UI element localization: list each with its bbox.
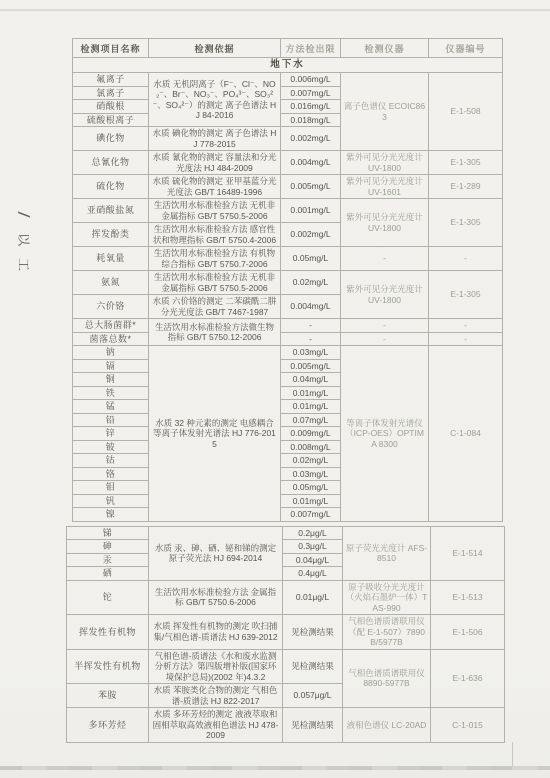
detection-limit-cell: 0.03mg/L [281, 467, 341, 481]
table-row: 氟离子水质 无机阴离子（F⁻、Cl⁻、NO₂⁻、Br⁻、NO₃⁻、PO₄³⁻、S… [73, 73, 503, 87]
detection-limit-cell: 0.01mg/L [281, 386, 341, 400]
analyte-name-cell: 总氰化物 [73, 151, 149, 175]
instrument-cell: 原子吸收分光光度计（火焰石墨炉一体）TAS-990 [343, 580, 431, 615]
instrument-cell: - [341, 247, 429, 271]
instrument-number-cell: C-1-084 [429, 346, 503, 522]
method-cell: 水质 挥发性有机物的测定 吹扫捕集/气相色谱-质谱法 HJ 639-2012 [149, 615, 283, 650]
analyte-name-cell: 汞 [67, 553, 149, 567]
analyte-name-cell: 铜 [73, 373, 149, 387]
scan-artifact-right [512, 742, 513, 769]
table-row: 锑水质 汞、砷、硒、铋和锑的测定 原子荧光法 HJ 694-20140.2μg/… [67, 526, 505, 540]
instrument-cell: 液相色谱仪 LC-20AD [343, 708, 431, 743]
instrument-cell: 紫外可见分光光度计 UV-1800 [341, 199, 429, 247]
instrument-cell: 原子荧光光度计 AFS-8510 [343, 526, 431, 580]
groundwater-test-table: 检测项目名称 检测依据 方法检出限 检测仪器 仪器编号 地下水 氟离子水质 无机… [72, 38, 503, 522]
analyte-name-cell: 钠 [73, 346, 149, 360]
table-row: 总氰化物水质 氰化物的测定 容量法和分光光度法 HJ 484-20090.004… [73, 151, 503, 175]
col-header-method: 检测依据 [149, 39, 281, 58]
table-row: 菌落总数*--- [73, 332, 503, 346]
method-cell: 水质 无机阴离子（F⁻、Cl⁻、NO₂⁻、Br⁻、NO₃⁻、PO₄³⁻、SO₃²… [149, 73, 281, 127]
detection-limit-cell: 0.008mg/L [281, 440, 341, 454]
analyte-name-cell: 挥发性有机物 [67, 615, 149, 650]
detection-limit-cell: 0.01mg/L [281, 400, 341, 414]
detection-limit-cell: 0.3μg/L [283, 540, 343, 554]
detection-limit-cell: 0.04mg/L [281, 373, 341, 387]
groundwater-test-table-continued: 锑水质 汞、砷、硒、铋和锑的测定 原子荧光法 HJ 694-20140.2μg/… [66, 526, 505, 743]
method-cell: 生活饮用水标准检验方法 感官性状和物理指标 GB/T 5750.4-2006 [149, 223, 281, 247]
analyte-name-cell: 硫酸根离子 [73, 113, 149, 127]
detection-limit-cell: 0.005mg/L [281, 359, 341, 373]
analyte-name-cell: 锑 [67, 526, 149, 540]
instrument-number-cell: E-1-305 [429, 199, 503, 247]
detection-limit-cell: 0.05mg/L [281, 247, 341, 271]
method-cell: 水质 六价铬的测定 二苯碳酰二肼分光光度法 GB/T 7467-1987 [149, 295, 281, 319]
method-cell: 水质 氰化物的测定 容量法和分光光度法 HJ 484-2009 [149, 151, 281, 175]
detection-limit-cell: 见检测结果 [283, 708, 343, 743]
detection-limit-cell: 0.001mg/L [281, 199, 341, 223]
instrument-number-cell: E-1-513 [431, 580, 505, 615]
detection-limit-cell: 0.057μg/L [283, 684, 343, 708]
analyte-name-cell: 钴 [73, 454, 149, 468]
detection-limit-cell: 0.05mg/L [281, 481, 341, 495]
instrument-cell: - [341, 319, 429, 333]
detection-limit-cell: 见检测结果 [283, 649, 343, 684]
instrument-cell: 离子色谱仪 ECOIC863 [341, 73, 429, 151]
analyte-name-cell: 锰 [73, 400, 149, 414]
detection-limit-cell: 0.01μg/L [283, 580, 343, 615]
detection-limit-cell: 0.01mg/L [281, 494, 341, 508]
instrument-number-cell: - [429, 247, 503, 271]
instrument-number-cell: E-1-636 [431, 649, 505, 708]
method-cell: 水质 硫化物的测定 亚甲基蓝分光光度法 GB/T 16489-1996 [149, 175, 281, 199]
method-cell: 水质 碘化物的测定 离子色谱法 HJ 778-2015 [149, 127, 281, 151]
analyte-name-cell: 氨氮 [73, 271, 149, 295]
handwriting-mark: 工 [17, 258, 30, 271]
detection-limit-cell: 0.02mg/L [281, 271, 341, 295]
instrument-cell: 紫外可见分光光度计 UV-1800 [341, 271, 429, 319]
scanned-page: ∕ 以 工 检测项目名称 检测依据 方法检出限 检测仪器 仪器编号 地下水 [0, 0, 550, 778]
analyte-name-cell: 铬 [73, 467, 149, 481]
method-cell: 气相色谱-质谱法《水和废水监测分析方法》第四版增补版(国家环境保护总局)(200… [149, 649, 283, 684]
analyte-name-cell: 挥发酚类 [73, 223, 149, 247]
instrument-number-cell: E-1-305 [429, 271, 503, 319]
detection-limit-cell: - [281, 319, 341, 333]
instrument-cell: 紫外可见分光光度计 UV-1601 [341, 175, 429, 199]
analyte-name-cell: 铁 [73, 386, 149, 400]
detection-limit-cell: 0.005mg/L [281, 175, 341, 199]
detection-limit-cell: 0.4μg/L [283, 567, 343, 581]
analyte-name-cell: 镍 [73, 508, 149, 522]
method-cell: 水质 苯胺类化合物的测定 气相色谱-质谱法 HJ 822-2017 [149, 684, 283, 708]
method-cell: 生活饮用水标准检验方法 有机物综合指标 GB/T 5750.7-2006 [149, 247, 281, 271]
detection-limit-cell: 0.004mg/L [281, 151, 341, 175]
analyte-name-cell: 总大肠菌群* [73, 319, 149, 333]
instrument-number-cell: E-1-305 [429, 151, 503, 175]
instrument-number-cell: E-1-289 [429, 175, 503, 199]
table-row: 铊生活饮用水标准检验方法 金属指标 GB/T 5750.6-20060.01μg… [67, 580, 505, 615]
analyte-name-cell: 砷 [67, 540, 149, 554]
analyte-name-cell: 钒 [73, 494, 149, 508]
instrument-cell: - [341, 332, 429, 346]
method-cell: 生活饮用水标准检验方法 金属指标 GB/T 5750.6-2006 [149, 580, 283, 615]
instrument-number-cell: E-1-514 [431, 526, 505, 580]
detection-limit-cell: 0.018mg/L [281, 113, 341, 127]
section-row: 地下水 [73, 58, 503, 73]
table-row: 总大肠菌群*生活饮用水标准检验方法微生物指标 GB/T 5750.12-2006… [73, 319, 503, 333]
instrument-number-cell: E-1-508 [429, 73, 503, 151]
col-header-detection-limit: 方法检出限 [281, 39, 341, 58]
detection-limit-cell: 0.02mg/L [281, 454, 341, 468]
analyte-name-cell: 钼 [73, 481, 149, 495]
detection-limit-cell: 0.004mg/L [281, 295, 341, 319]
instrument-number-cell: E-1-506 [431, 615, 505, 650]
analyte-name-cell: 菌落总数* [73, 332, 149, 346]
analyte-name-cell: 硝酸根 [73, 100, 149, 114]
handwriting-mark: ∕ [17, 210, 30, 219]
detection-limit-cell: 0.007mg/L [281, 86, 341, 100]
analyte-name-cell: 亚硝酸盐氮 [73, 199, 149, 223]
analyte-name-cell: 半挥发性有机物 [67, 649, 149, 684]
analyte-name-cell: 氟离子 [73, 73, 149, 87]
analyte-name-cell: 多环芳烃 [67, 708, 149, 743]
analyte-name-cell: 氯离子 [73, 86, 149, 100]
analyte-name-cell: 铊 [67, 580, 149, 615]
instrument-cell: 等离子体发射光谱仪（ICP-OES）OPTIMA 8300 [341, 346, 429, 522]
table1-body: 氟离子水质 无机阴离子（F⁻、Cl⁻、NO₂⁻、Br⁻、NO₃⁻、PO₄³⁻、S… [73, 73, 503, 522]
scan-artifact-top [0, 9, 550, 11]
table-row: 亚硝酸盐氮生活饮用水标准检验方法 无机非金属指标 GB/T 5750.5-200… [73, 199, 503, 223]
detection-limit-cell: 0.2μg/L [283, 526, 343, 540]
table-row: 半挥发性有机物气相色谱-质谱法《水和废水监测分析方法》第四版增补版(国家环境保护… [67, 649, 505, 684]
detection-limit-cell: 0.002mg/L [281, 223, 341, 247]
detection-limit-cell: 0.04μg/L [283, 553, 343, 567]
table2-body: 锑水质 汞、砷、硒、铋和锑的测定 原子荧光法 HJ 694-20140.2μg/… [67, 526, 505, 742]
analyte-name-cell: 六价铬 [73, 295, 149, 319]
detection-limit-cell: 见检测结果 [283, 615, 343, 650]
analyte-name-cell: 铍 [73, 440, 149, 454]
table-row: 硫化物水质 硫化物的测定 亚甲基蓝分光光度法 GB/T 16489-19960.… [73, 175, 503, 199]
scan-edge-fade [0, 770, 550, 778]
method-cell: 水质 多环芳烃的测定 液液萃取和固相萃取高效液相色谱法 HJ 478-2009 [149, 708, 283, 743]
detection-limit-cell: 0.007mg/L [281, 508, 341, 522]
table-row: 多环芳烃水质 多环芳烃的测定 液液萃取和固相萃取高效液相色谱法 HJ 478-2… [67, 708, 505, 743]
col-header-item-name: 检测项目名称 [73, 39, 149, 58]
method-cell: 生活饮用水标准检验方法 无机非金属指标 GB/T 5750.5-2006 [149, 199, 281, 223]
instrument-cell: 紫外可见分光光度计 UV-1800 [341, 151, 429, 175]
analyte-name-cell: 碘化物 [73, 127, 149, 151]
instrument-number-cell: C-1-015 [431, 708, 505, 743]
detection-limit-cell: - [281, 332, 341, 346]
detection-limit-cell: 0.03mg/L [281, 346, 341, 360]
col-header-instrument: 检测仪器 [341, 39, 429, 58]
handwriting-mark: 以 [17, 233, 30, 246]
detection-limit-cell: 0.009mg/L [281, 427, 341, 441]
margin-handwriting: ∕ 以 工 [13, 208, 35, 271]
table-row: 挥发性有机物水质 挥发性有机物的测定 吹扫捕集/气相色谱-质谱法 HJ 639-… [67, 615, 505, 650]
method-cell: 水质 32 种元素的测定 电感耦合等离子体发射光谱法 HJ 776-2015 [149, 346, 281, 522]
analyte-name-cell: 硫化物 [73, 175, 149, 199]
analyte-name-cell: 铅 [73, 413, 149, 427]
detection-limit-cell: 0.002mg/L [281, 127, 341, 151]
instrument-number-cell: - [429, 319, 503, 333]
analyte-name-cell: 硒 [67, 567, 149, 581]
table-row: 氨氮生活饮用水标准检验方法 无机非金属指标 GB/T 5750.5-20060.… [73, 271, 503, 295]
method-cell: 生活饮用水标准检验方法 无机非金属指标 GB/T 5750.5-2006 [149, 271, 281, 295]
detection-limit-cell: 0.07mg/L [281, 413, 341, 427]
col-header-instrument-no: 仪器编号 [429, 39, 503, 58]
analyte-name-cell: 苯胺 [67, 684, 149, 708]
instrument-number-cell: - [429, 332, 503, 346]
table-row: 钠水质 32 种元素的测定 电感耦合等离子体发射光谱法 HJ 776-20150… [73, 346, 503, 360]
analyte-name-cell: 锌 [73, 427, 149, 441]
section-title: 地下水 [73, 58, 503, 73]
method-cell: 生活饮用水标准检验方法微生物指标 GB/T 5750.12-2006 [149, 319, 281, 346]
instrument-cell: 气相色谱质谱联用仪（配 E-1-507）7890B/5977B [343, 615, 431, 650]
detection-limit-cell: 0.016mg/L [281, 100, 341, 114]
analyte-name-cell: 耗氧量 [73, 247, 149, 271]
report-table-area: 检测项目名称 检测依据 方法检出限 检测仪器 仪器编号 地下水 氟离子水质 无机… [66, 38, 508, 743]
instrument-cell: 气相色谱质谱联用仪 8890-5977B [343, 649, 431, 708]
method-cell: 水质 汞、砷、硒、铋和锑的测定 原子荧光法 HJ 694-2014 [149, 526, 283, 580]
analyte-name-cell: 镉 [73, 359, 149, 373]
table-row: 耗氧量生活饮用水标准检验方法 有机物综合指标 GB/T 5750.7-20060… [73, 247, 503, 271]
detection-limit-cell: 0.006mg/L [281, 73, 341, 87]
table-header-row: 检测项目名称 检测依据 方法检出限 检测仪器 仪器编号 [73, 39, 503, 58]
